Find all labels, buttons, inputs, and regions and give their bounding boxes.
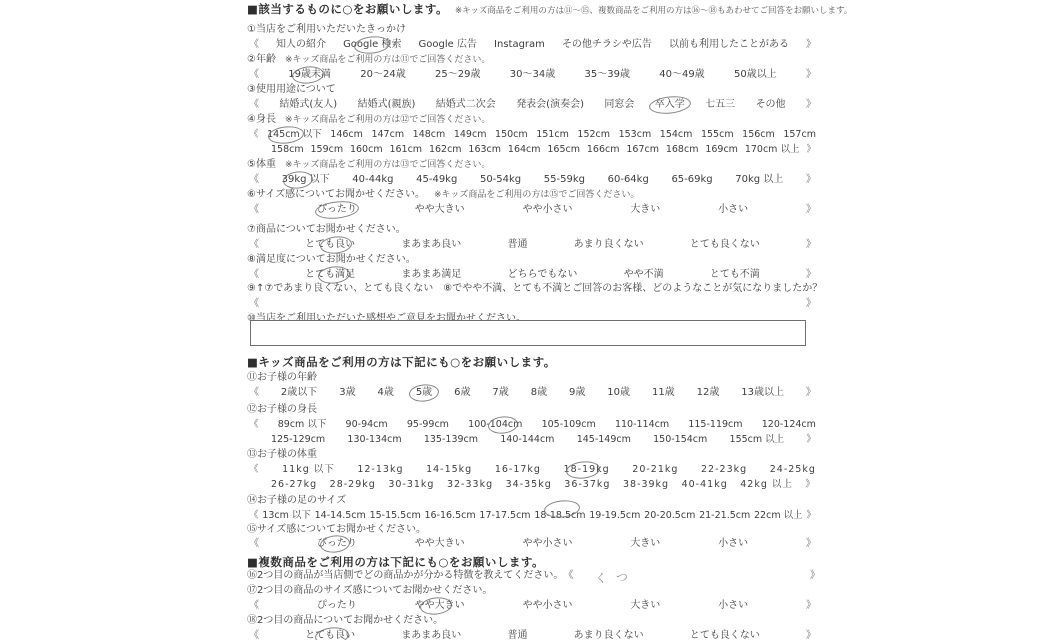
survey-option: 4歳 <box>378 385 394 400</box>
option-text: 14-15kg <box>426 464 472 475</box>
survey-option: やや小さい <box>522 202 572 217</box>
option-text: Google 広告 <box>419 39 477 50</box>
option-text: 165cm <box>547 144 580 155</box>
option-text: Instagram <box>494 39 545 50</box>
question-label: ⑮サイズ感についてお聞かせください。 <box>247 522 820 537</box>
survey-option: 30-31kg <box>388 477 434 492</box>
close-bracket: 》 <box>806 536 816 551</box>
survey-option: 大きい <box>630 202 660 217</box>
survey-option: 11歳 <box>652 385 675 400</box>
option-text: 32-33kg <box>447 479 493 490</box>
survey-option: 167cm <box>626 142 659 157</box>
options-row: 《145cm 以下146cm147cm148cm149cm150cm151cm1… <box>247 127 820 142</box>
survey-option: 発表会(演奏会) <box>516 97 584 112</box>
scanned-survey-page: ■該当するものに○をお願いします。※キッズ商品をご利用の方は⑪〜⑮、複数商品をご… <box>0 0 1060 640</box>
survey-option: まあまあ満足 <box>401 267 461 282</box>
survey-option: 135-139cm <box>424 432 478 447</box>
close-bracket: 》 <box>806 202 816 217</box>
option-text: 18-18.5cm <box>534 510 585 521</box>
survey-option: 3歳 <box>339 385 355 400</box>
options-row: 《ぴったりやや大きいやや小さい大きい小さい》 <box>247 536 820 551</box>
survey-option: 65-69kg <box>671 172 712 187</box>
option-text: 154cm <box>660 129 693 140</box>
close-bracket: 》 <box>806 37 816 52</box>
option-text: 20-21kg <box>632 464 678 475</box>
option-text: 65-69kg <box>671 174 712 185</box>
survey-option: 149cm <box>454 127 487 142</box>
option-text: 135-139cm <box>424 434 478 445</box>
survey-option: 150-154cm <box>653 432 707 447</box>
survey-option: とても満足 <box>305 267 355 282</box>
question-text: ⑨↑⑦であまり良くない、とても良くない ⑧でやや不満、とても不満とご回答のお客様… <box>247 283 822 294</box>
open-bracket: 《 <box>249 97 259 112</box>
option-text: 12歳 <box>697 387 720 398</box>
option-text: 155cm 以上 <box>730 434 785 445</box>
option-text: 16-17kg <box>495 464 541 475</box>
option-text: 知人の紹介 <box>276 39 326 50</box>
option-text: 150-154cm <box>653 434 707 445</box>
close-bracket: 》 <box>806 628 816 640</box>
option-text: やや大きい <box>415 600 465 611</box>
option-text: 38-39kg <box>623 479 669 490</box>
close-bracket: 》 <box>810 568 820 583</box>
option-text: 151cm <box>536 129 569 140</box>
survey-option: 165cm <box>547 142 580 157</box>
open-bracket: 《 <box>249 628 259 640</box>
question-note: ※キッズ商品をご利用の方は⑮でご回答ください。 <box>434 190 639 200</box>
option-text: やや小さい <box>522 600 572 611</box>
survey-option: 151cm <box>536 127 569 142</box>
options-row: 《2歳以下3歳4歳5歳6歳7歳8歳9歳10歳11歳12歳13歳以上》 <box>247 385 820 400</box>
survey-option: 40〜49歳 <box>659 67 704 82</box>
survey-option: どちらでもない <box>508 267 578 282</box>
option-text: 25〜29歳 <box>435 69 480 80</box>
option-text: 160cm <box>350 144 383 155</box>
question-text: ⑱2つ目の商品についてお聞かせください。 <box>247 615 443 626</box>
question-text: ⑪お子様の年齢 <box>247 372 317 383</box>
option-text: 14-14.5cm <box>315 510 366 521</box>
survey-option: 170cm 以上 <box>745 142 800 157</box>
option-text: 159cm <box>310 144 343 155</box>
survey-option: その他チラシや広告 <box>562 37 652 52</box>
option-text: どちらでもない <box>508 269 578 280</box>
options-row: 《結婚式(友人)結婚式(親族)結婚式二次会発表会(演奏会)同窓会卒入学七五三その… <box>247 97 820 112</box>
question-text: ①当店をご利用いただいたきっかけ <box>247 24 406 35</box>
survey-option: 130-134cm <box>347 432 401 447</box>
survey-option: 168cm <box>666 142 699 157</box>
option-text: 10歳 <box>607 387 630 398</box>
option-text: 発表会(演奏会) <box>516 99 584 110</box>
option-text: まあまあ満足 <box>401 269 461 280</box>
close-bracket: 》 <box>806 67 816 82</box>
survey-option: 32-33kg <box>447 477 493 492</box>
option-text: やや小さい <box>522 204 572 215</box>
option-text: 大きい <box>630 204 660 215</box>
options-row: 《39kg 以下40-44kg45-49kg50-54kg55-59kg60-6… <box>247 172 820 187</box>
question-label: ⑧満足度についてお聞かせください。 <box>247 252 820 267</box>
survey-option: 25〜29歳 <box>435 67 480 82</box>
survey-option: 小さい <box>718 202 748 217</box>
option-text: 大きい <box>630 600 660 611</box>
survey-option: 154cm <box>660 127 693 142</box>
question-note: ※キッズ商品をご利用の方は⑬でご回答ください。 <box>285 160 490 170</box>
survey-option: 105-109cm <box>542 417 596 432</box>
option-text: あまり良くない <box>574 630 644 640</box>
survey-option: 148cm <box>413 127 446 142</box>
option-text: 19-19.5cm <box>589 510 640 521</box>
survey-option: 20-20.5cm <box>644 508 695 523</box>
options-row: 《》 <box>247 296 820 311</box>
option-text: 20〜24歳 <box>360 69 405 80</box>
close-bracket: 》 <box>806 142 816 157</box>
survey-option: 160cm <box>350 142 383 157</box>
option-text: 157cm <box>783 129 816 140</box>
option-text: 120-124cm <box>762 419 816 430</box>
option-text: 152cm <box>577 129 610 140</box>
question-label: ③使用用途について <box>247 82 820 97</box>
survey-option: 38-39kg <box>623 477 669 492</box>
option-text: とても良くない <box>690 630 760 640</box>
question-text: ⑯2つ目の商品が当店側でどの商品かが分かる特徴を教えてください。 <box>247 568 563 583</box>
options-row: 158cm159cm160cm161cm162cm163cm164cm165cm… <box>247 142 820 157</box>
option-text: 普通 <box>507 239 527 250</box>
option-text: あまり良くない <box>574 239 644 250</box>
open-bracket: 《 <box>249 462 260 477</box>
survey-option: 157cm <box>783 127 816 142</box>
option-text: 以前も利用したことがある <box>669 39 789 50</box>
question-text: ⑦商品についてお聞かせください。 <box>247 224 406 235</box>
option-text: 40〜49歳 <box>659 69 704 80</box>
option-text: 9歳 <box>569 387 585 398</box>
survey-option: 7歳 <box>492 385 508 400</box>
survey-option: 60-64kg <box>608 172 649 187</box>
open-bracket: 《 <box>249 536 259 551</box>
open-bracket: 《 <box>249 237 259 252</box>
option-text: 156cm <box>742 129 775 140</box>
option-text: 普通 <box>507 630 527 640</box>
survey-option: 50歳以上 <box>734 67 777 82</box>
options-row: 《とても良いまあまあ良い普通あまり良くないとても良くない》 <box>247 628 820 640</box>
survey-option: 12-13kg <box>357 462 403 477</box>
option-text: 148cm <box>413 129 446 140</box>
question-label: ⑨↑⑦であまり良くない、とても良くない ⑧でやや不満、とても不満とご回答のお客様… <box>247 281 820 296</box>
survey-option: 5歳 <box>416 385 432 400</box>
option-text: 結婚式二次会 <box>436 99 496 110</box>
survey-option: Google 広告 <box>419 37 477 52</box>
survey-option: まあまあ良い <box>401 628 461 640</box>
survey-option: 20-21kg <box>632 462 678 477</box>
question-text: ⑭お子様の足のサイズ <box>247 495 346 506</box>
survey-option: 21-21.5cm <box>699 508 750 523</box>
options-row: 《19歳未満20〜24歳25〜29歳30〜34歳35〜39歳40〜49歳50歳以… <box>247 67 820 82</box>
option-text: 50歳以上 <box>734 69 777 80</box>
question-label: ⑭お子様の足のサイズ <box>247 493 820 508</box>
option-text: 42kg 以上 <box>740 479 793 490</box>
option-text: 168cm <box>666 144 699 155</box>
survey-option: 19歳未満 <box>288 67 331 82</box>
close-bracket: 》 <box>806 432 816 447</box>
survey-option: 110-114cm <box>615 417 669 432</box>
question-note: ※キッズ商品をご利用の方は⑪でご回答ください。 <box>285 55 490 65</box>
options-row: 《13cm 以下14-14.5cm15-15.5cm16-16.5cm17-17… <box>247 508 820 523</box>
close-bracket: 》 <box>806 267 816 282</box>
option-text: 162cm <box>429 144 462 155</box>
survey-option: 145-149cm <box>577 432 631 447</box>
option-text: ぴったり <box>317 204 357 215</box>
survey-option: 39kg 以下 <box>282 172 330 187</box>
option-text: その他 <box>756 99 786 110</box>
survey-option: とても良くない <box>690 237 760 252</box>
close-bracket: 》 <box>805 477 816 492</box>
survey-option: 125-129cm <box>271 432 325 447</box>
survey-option: 35〜39歳 <box>585 67 630 82</box>
survey-option: Google 検索 <box>343 37 401 52</box>
option-text: 34-35kg <box>506 479 552 490</box>
close-bracket: 》 <box>806 172 816 187</box>
option-text: とても良い <box>305 239 355 250</box>
option-text: 13歳以上 <box>741 387 784 398</box>
survey-option: 163cm <box>468 142 501 157</box>
option-text: 20-20.5cm <box>644 510 695 521</box>
option-text: 130-134cm <box>347 434 401 445</box>
survey-option: 22cm 以上 <box>754 508 803 523</box>
option-text: 90-94cm <box>346 419 388 430</box>
option-text: 卒入学 <box>655 99 685 110</box>
close-bracket: 》 <box>806 237 816 252</box>
option-text: 39kg 以下 <box>282 174 330 185</box>
option-text: 小さい <box>718 600 748 611</box>
option-text: 150cm <box>495 129 528 140</box>
survey-option: 小さい <box>718 598 748 613</box>
survey-option: 158cm <box>271 142 304 157</box>
survey-option: 10歳 <box>607 385 630 400</box>
survey-option: とても良い <box>305 628 355 640</box>
option-text: 19歳未満 <box>288 69 331 80</box>
option-text: 95-99cm <box>407 419 449 430</box>
survey-option: 同窓会 <box>604 97 634 112</box>
options-row: 125-129cm130-134cm135-139cm140-144cm145-… <box>247 432 820 447</box>
question-text: ⑧満足度についてお聞かせください。 <box>247 254 416 265</box>
options-row: 《11kg 以下12-13kg14-15kg16-17kg18-19kg20-2… <box>247 462 820 477</box>
question-text: ⑮サイズ感についてお聞かせください。 <box>247 524 426 535</box>
survey-option: 162cm <box>429 142 462 157</box>
open-bracket: 《 <box>249 67 259 82</box>
option-text: 55-59kg <box>544 174 585 185</box>
survey-option: 結婚式二次会 <box>436 97 496 112</box>
survey-option: 20〜24歳 <box>360 67 405 82</box>
option-text: やや大きい <box>415 204 465 215</box>
option-text: 11kg 以下 <box>282 464 335 475</box>
open-bracket: 《 <box>249 202 259 217</box>
survey-option: ぴったり <box>317 536 357 551</box>
survey-option: 26-27kg <box>271 477 317 492</box>
option-text: 七五三 <box>705 99 735 110</box>
survey-option: 95-99cm <box>407 417 449 432</box>
option-text: 50-54kg <box>480 174 521 185</box>
open-bracket: 《 <box>249 267 259 282</box>
survey-option: 11kg 以下 <box>282 462 335 477</box>
open-bracket: 《 <box>249 385 259 400</box>
close-bracket: 》 <box>806 97 816 112</box>
option-text: 8歳 <box>531 387 547 398</box>
open-bracket: 《 <box>249 172 259 187</box>
open-bracket: 《 <box>249 37 259 52</box>
survey-option: 15-15.5cm <box>370 508 421 523</box>
option-text: 166cm <box>587 144 620 155</box>
option-text: 36-37kg <box>564 479 610 490</box>
option-text: 163cm <box>468 144 501 155</box>
survey-option: 普通 <box>507 628 527 640</box>
survey-option: 卒入学 <box>655 97 685 112</box>
survey-sheet: ■該当するものに○をお願いします。※キッズ商品をご利用の方は⑪〜⑮、複数商品をご… <box>247 0 820 640</box>
survey-option: 大きい <box>630 536 660 551</box>
option-text: 小さい <box>718 538 748 549</box>
survey-option: 普通 <box>507 237 527 252</box>
option-text: とても不満 <box>710 269 760 280</box>
options-row: 《89cm 以下90-94cm95-99cm100-104cm105-109cm… <box>247 417 820 432</box>
survey-option: 90-94cm <box>346 417 388 432</box>
option-text: 4歳 <box>378 387 394 398</box>
survey-option: ぴったり <box>317 598 357 613</box>
option-text: 147cm <box>371 129 404 140</box>
option-text: 146cm <box>330 129 363 140</box>
question-label: ⑪お子様の年齢 <box>247 370 820 385</box>
survey-option: やや不満 <box>624 267 664 282</box>
survey-option: 小さい <box>718 536 748 551</box>
survey-option: 50-54kg <box>480 172 521 187</box>
survey-option: 6歳 <box>454 385 470 400</box>
option-text: やや大きい <box>415 538 465 549</box>
survey-option: 145cm 以下 <box>267 127 322 142</box>
question-label: ④身長※キッズ商品をご利用の方は⑫でご回答ください。 <box>247 112 820 127</box>
open-bracket: 《 <box>249 508 259 523</box>
section-header-text: ■該当するものに○をお願いします。 <box>247 2 448 16</box>
survey-option: 8歳 <box>531 385 547 400</box>
survey-option: あまり良くない <box>574 237 644 252</box>
survey-option: 34-35kg <box>506 477 552 492</box>
option-text: とても満足 <box>305 269 355 280</box>
question-text: ⑫お子様の身長 <box>247 404 317 415</box>
survey-option: 22-23kg <box>701 462 747 477</box>
question-label: ⑥サイズ感についてお聞かせください。※キッズ商品をご利用の方は⑮でご回答ください… <box>247 187 820 202</box>
option-text: 167cm <box>626 144 659 155</box>
question-text: ⑥サイズ感についてお聞かせください。 <box>247 189 425 200</box>
survey-option: 169cm <box>705 142 738 157</box>
options-row: 《ぴったりやや大きいやや小さい大きい小さい》 <box>247 202 820 217</box>
option-text: 小さい <box>718 204 748 215</box>
question-label: ⑫お子様の身長 <box>247 402 820 417</box>
survey-option: その他 <box>756 97 786 112</box>
option-text: 158cm <box>271 144 304 155</box>
close-bracket: 》 <box>806 385 816 400</box>
options-row: 《知人の紹介Google 検索Google 広告Instagramその他チラシや… <box>247 37 820 52</box>
question-text: ③使用用途について <box>247 84 336 95</box>
option-text: ぴったり <box>317 538 357 549</box>
survey-option: 14-15kg <box>426 462 472 477</box>
option-text: 115-119cm <box>688 419 742 430</box>
section-header: ■該当するものに○をお願いします。※キッズ商品をご利用の方は⑪〜⑮、複数商品をご… <box>247 2 820 17</box>
option-text: 164cm <box>508 144 541 155</box>
survey-option: 14-14.5cm <box>315 508 366 523</box>
survey-option: 16-17kg <box>495 462 541 477</box>
option-text: 大きい <box>630 538 660 549</box>
open-bracket: 《 <box>249 598 259 613</box>
survey-option: 16-16.5cm <box>424 508 475 523</box>
option-text: 21-21.5cm <box>699 510 750 521</box>
option-text: まあまあ良い <box>401 630 461 640</box>
survey-option: 146cm <box>330 127 363 142</box>
option-text: 12-13kg <box>357 464 403 475</box>
survey-option: 24-25kg <box>770 462 816 477</box>
survey-option: 七五三 <box>705 97 735 112</box>
survey-option: 166cm <box>587 142 620 157</box>
question-note: ※キッズ商品をご利用の方は⑫でご回答ください。 <box>285 115 490 125</box>
survey-option: 156cm <box>742 127 775 142</box>
open-bracket: 《 <box>249 296 259 311</box>
option-text: 125-129cm <box>271 434 325 445</box>
survey-option: 115-119cm <box>688 417 742 432</box>
open-bracket: 《 <box>249 127 259 142</box>
survey-option: 28-29kg <box>330 477 376 492</box>
option-text: 140-144cm <box>500 434 554 445</box>
option-text: 40-44kg <box>352 174 393 185</box>
option-text: 同窓会 <box>604 99 634 110</box>
question-label: ⑱2つ目の商品についてお聞かせください。 <box>247 613 820 628</box>
option-text: 100-104cm <box>468 419 522 430</box>
survey-option: 150cm <box>495 127 528 142</box>
option-text: とても良い <box>305 630 355 640</box>
comments-box <box>250 320 806 346</box>
survey-option: 36-37kg <box>564 477 610 492</box>
survey-option: 18-19kg <box>564 462 610 477</box>
survey-option: 知人の紹介 <box>276 37 326 52</box>
survey-option: 120-124cm <box>762 417 816 432</box>
question-label: ⑤体重※キッズ商品をご利用の方は⑬でご回答ください。 <box>247 157 820 172</box>
option-text: 26-27kg <box>271 479 317 490</box>
option-text: ぴったり <box>317 600 357 611</box>
survey-option: あまり良くない <box>574 628 644 640</box>
option-text: 5歳 <box>416 387 432 398</box>
survey-option: 30〜34歳 <box>510 67 555 82</box>
question-text: ⑤体重 <box>247 159 276 170</box>
survey-option: 155cm <box>701 127 734 142</box>
option-text: 18-19kg <box>564 464 610 475</box>
option-text: Google 検索 <box>343 39 401 50</box>
option-text: 30〜34歳 <box>510 69 555 80</box>
question-label: ⑬お子様の体重 <box>247 447 820 462</box>
option-text: 40-41kg <box>682 479 728 490</box>
survey-option: 18-18.5cm <box>534 508 585 523</box>
question-text: ⑰2つ目の商品のサイズ感についてお聞かせください。 <box>247 585 492 596</box>
option-text: 2歳以下 <box>281 387 317 398</box>
survey-option: まあまあ良い <box>401 237 461 252</box>
question-text: ④身長 <box>247 114 276 125</box>
option-text: やや小さい <box>522 538 572 549</box>
option-text: 45-49kg <box>416 174 457 185</box>
option-text: やや不満 <box>624 269 664 280</box>
survey-option: 155cm 以上 <box>730 432 785 447</box>
open-bracket: 《 <box>249 417 259 432</box>
survey-option: 40-44kg <box>352 172 393 187</box>
question-text: ⑬お子様の体重 <box>247 449 317 460</box>
option-text: 89cm 以下 <box>278 419 327 430</box>
question-label: ①当店をご利用いただいたきっかけ <box>247 22 820 37</box>
option-text: 15-15.5cm <box>370 510 421 521</box>
option-text: 30-31kg <box>388 479 434 490</box>
option-text: 60-64kg <box>608 174 649 185</box>
option-text: 16-16.5cm <box>424 510 475 521</box>
survey-option: 45-49kg <box>416 172 457 187</box>
